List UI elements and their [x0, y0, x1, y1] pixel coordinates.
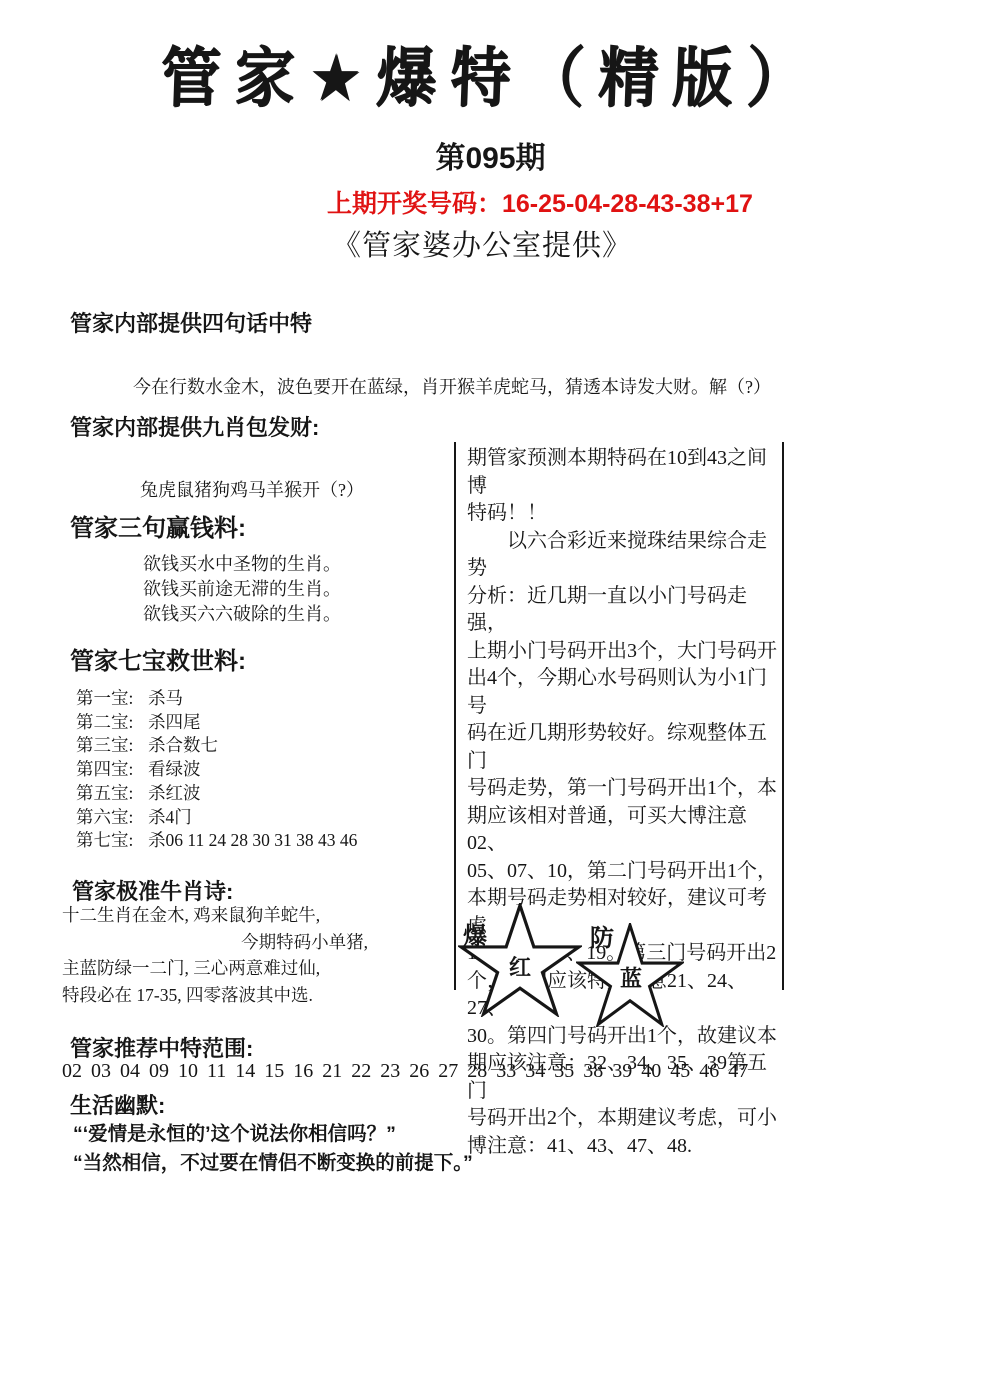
heading-nine-zodiac: 管家内部提供九肖包发财:	[70, 411, 319, 442]
nine-zodiac-line: 兔虎鼠猪狗鸡马羊猴开（?）	[140, 476, 364, 502]
ox-poem-lines: 十二生肖在金木, 鸡来鼠狗羊蛇牛, 今期特码小单猪, 主蓝防绿一二门, 三心两意…	[62, 902, 378, 1008]
recommend-range-numbers: 02 03 04 09 10 11 14 15 16 21 22 23 26 2…	[62, 1060, 748, 1083]
humor-line: “当然相信，不过要在情侣不断变换的前提下。”	[73, 1149, 473, 1178]
treasure-row: 第七宝:杀06 11 24 28 30 31 38 43 46	[76, 829, 357, 853]
three-money-line: 欲钱买前途无滞的生肖。	[143, 577, 341, 602]
treasure-label: 第七宝:	[76, 829, 148, 853]
treasure-value: 杀06 11 24 28 30 31 38 43 46	[148, 830, 357, 850]
issue-number: 第095期	[0, 133, 981, 177]
treasure-row: 第二宝:杀四尾	[76, 711, 357, 735]
treasure-label: 第二宝:	[76, 711, 148, 735]
treasure-label: 第三宝:	[76, 734, 148, 758]
ox-poem-line: 主蓝防绿一二门, 三心两意难过仙,	[62, 955, 378, 982]
star1-outside-label: 爆	[463, 916, 487, 951]
provider-line: 《管家婆办公室提供》	[332, 223, 632, 264]
treasure-value: 杀红波	[148, 783, 201, 803]
lottery-tip-sheet: 管家★爆特（精版） 第095期 上期开奖号码：16-25-04-28-43-38…	[0, 0, 981, 1388]
seven-treasures-list: 第一宝:杀马 第二宝:杀四尾 第三宝:杀合数七 第四宝:看绿波 第五宝:杀红波 …	[76, 687, 357, 853]
star1-inside-label: 红	[509, 951, 531, 982]
four-sentences-poem: 今在行数水金木，波色要开在蓝绿，肖开猴羊虎蛇马，猜透本诗发大财。解（?）	[133, 373, 771, 399]
heading-three-money: 管家三句赢钱料:	[70, 508, 246, 543]
heading-recommend-range: 管家推荐中特范围:	[70, 1032, 253, 1063]
treasure-value: 杀4门	[148, 807, 192, 827]
humor-lines: “‘爱情是永恒的’这个说法你相信吗？” “当然相信，不过要在情侣不断变换的前提下…	[73, 1120, 473, 1178]
treasure-value: 杀马	[148, 688, 183, 708]
three-money-lines: 欲钱买水中圣物的生肖。 欲钱买前途无滞的生肖。 欲钱买六六破除的生肖。	[143, 552, 341, 627]
three-money-line: 欲钱买六六破除的生肖。	[143, 602, 341, 627]
treasure-row: 第三宝:杀合数七	[76, 734, 357, 758]
star2-inside-label: 蓝	[620, 962, 642, 993]
star2-outside-label: 防	[590, 918, 614, 953]
treasure-label: 第五宝:	[76, 782, 148, 806]
treasure-label: 第六宝:	[76, 806, 148, 830]
three-money-line: 欲钱买水中圣物的生肖。	[143, 552, 341, 577]
treasure-row: 第六宝:杀4门	[76, 806, 357, 830]
treasure-value: 杀合数七	[148, 735, 218, 755]
treasure-value: 杀四尾	[148, 712, 201, 732]
last-draw-numbers: 上期开奖号码：16-25-04-28-43-38+17	[327, 184, 753, 220]
page-title: 管家★爆特（精版）	[0, 27, 981, 120]
heading-humor: 生活幽默:	[70, 1089, 165, 1120]
ox-poem-line: 今期特码小单猪,	[62, 929, 378, 956]
heading-four-sentences: 管家内部提供四句话中特	[70, 307, 312, 338]
treasure-row: 第五宝:杀红波	[76, 782, 357, 806]
ox-poem-line: 特段必在 17-35, 四零落波其中选.	[62, 982, 378, 1009]
humor-line: “‘爱情是永恒的’这个说法你相信吗？”	[73, 1120, 473, 1149]
analysis-text: 期管家预测本期特码在10到43之间博 特码！！ 以六合彩近来搅珠结果综合走势 分…	[456, 442, 782, 1160]
treasure-row: 第一宝:杀马	[76, 687, 357, 711]
treasure-label: 第四宝:	[76, 758, 148, 782]
treasure-value: 看绿波	[148, 759, 201, 779]
treasure-row: 第四宝:看绿波	[76, 758, 357, 782]
heading-seven-treasures: 管家七宝救世料:	[70, 641, 246, 676]
treasure-label: 第一宝:	[76, 687, 148, 711]
ox-poem-line: 十二生肖在金木, 鸡来鼠狗羊蛇牛,	[62, 902, 378, 929]
